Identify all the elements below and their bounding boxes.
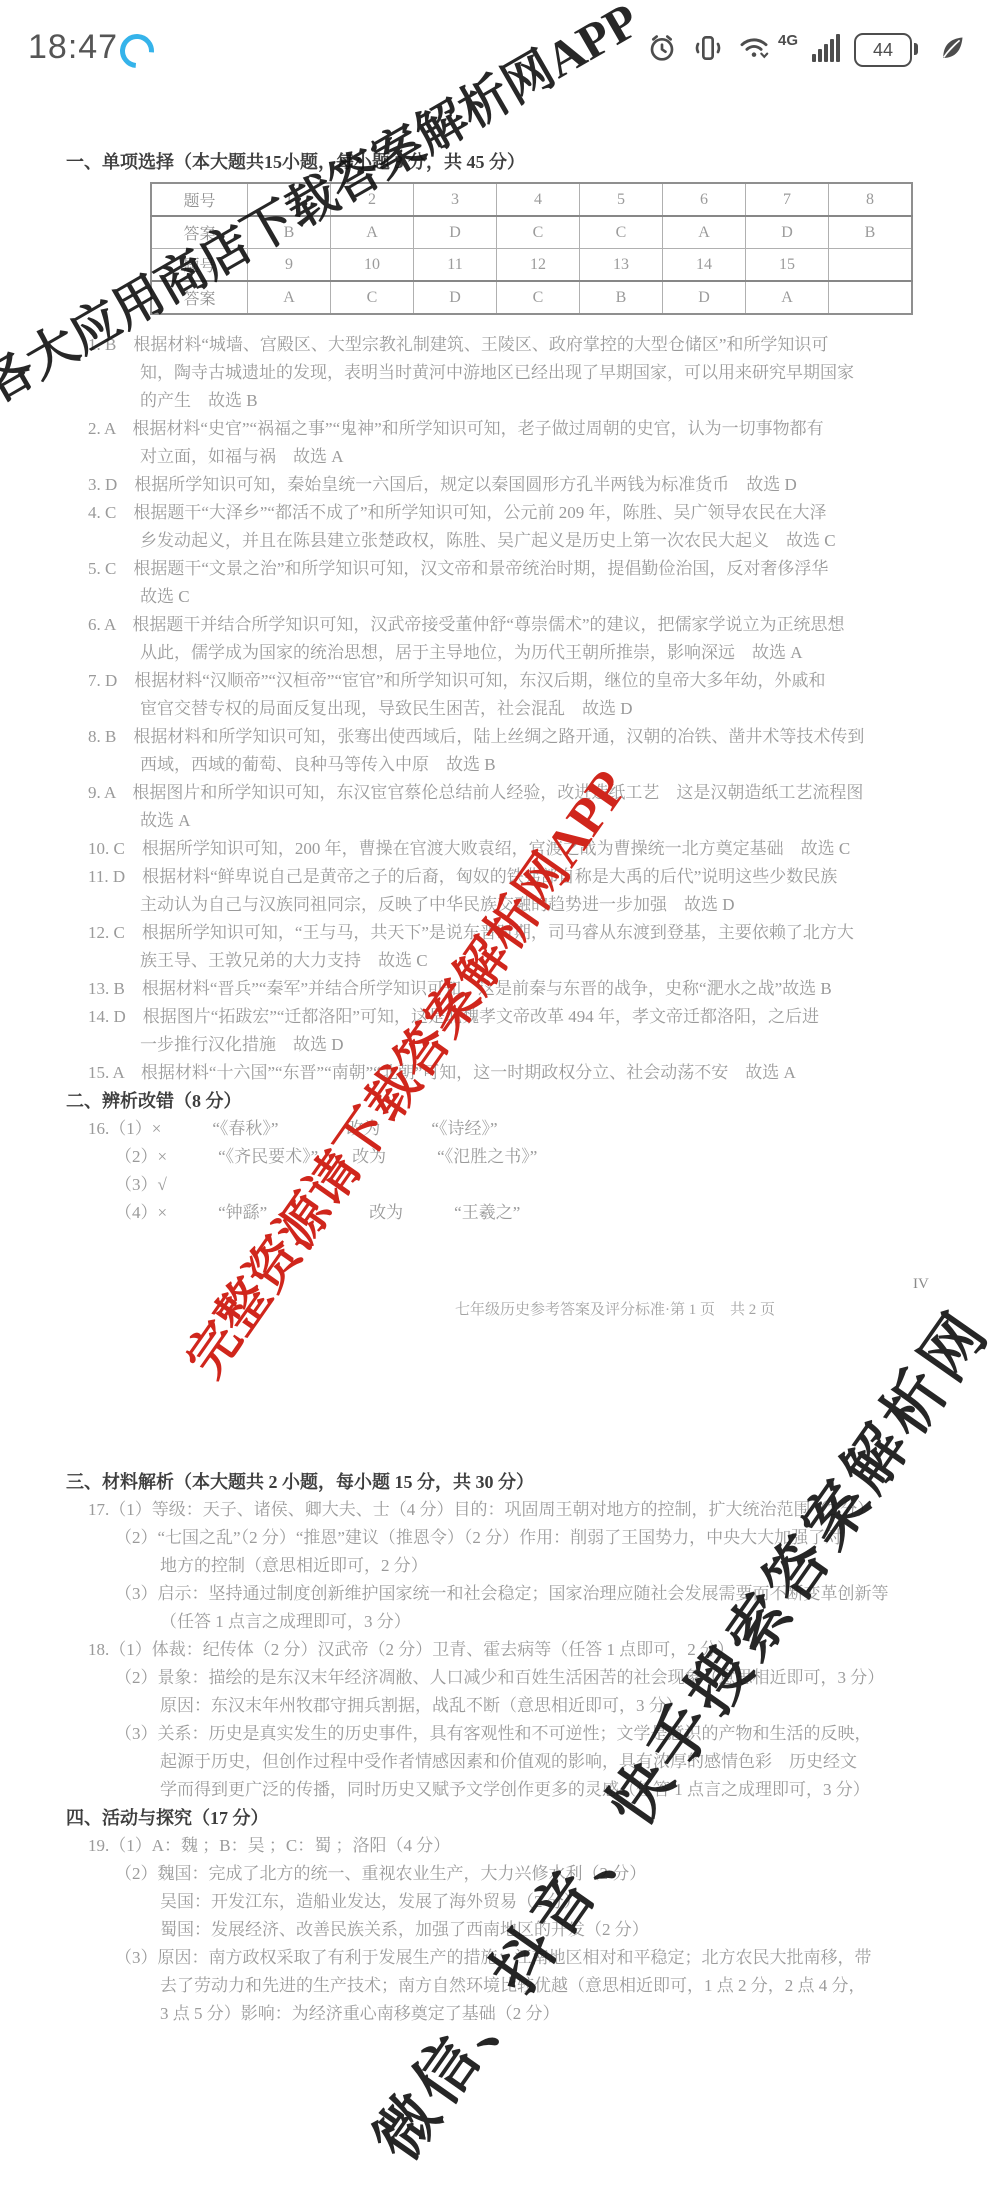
doc-line: 3 点 5 分）影响：为经济重心南移奠定了基础（2 分） — [0, 2000, 1000, 2028]
row-label-cell: 答案 — [151, 216, 248, 249]
answer-cell: C — [580, 216, 663, 249]
doc-line: 11. D 根据材料“鲜卑说自己是黄帝之子的后裔，匈奴的铁弗部自称是大禹的后代”… — [0, 863, 1000, 891]
question-number-cell: 11 — [414, 249, 497, 282]
explanations-list: 1. B 根据材料“城墙、宫殿区、大型宗教礼制建筑、王陵区、政府掌控的大型仓储区… — [0, 331, 1000, 1227]
doc-line: 2. A 根据材料“史官”“祸福之事”“鬼神”和所学知识可知，老子做过周朝的史官… — [0, 415, 1000, 443]
material-analysis-list: 三、材料解析（本大题共 2 小题，每小题 15 分，共 30 分）17.（1）等… — [0, 1468, 1000, 2028]
doc-line: 对立面，如福与祸 故选 A — [0, 443, 1000, 471]
doc-line: 地方的控制（意思相近即可，2 分） — [0, 1552, 1000, 1580]
doc-line: 主动认为自己与汉族同祖同宗，反映了中华民族交融的趋势进一步加强 故选 D — [0, 891, 1000, 919]
doc-line: 一步推行汉化措施 故选 D — [0, 1031, 1000, 1059]
question-number-cell: 10 — [331, 249, 414, 282]
doc-line: （任答 1 点言之成理即可，3 分） — [0, 1608, 1000, 1636]
answer-table: 题号12345678答案BADCCADB题号9101112131415答案ACD… — [150, 182, 913, 315]
doc-line: 宦官交替专权的局面反复出现，导致民生困苦，社会混乱 故选 D — [0, 695, 1000, 723]
doc-line: 从此，儒学成为国家的统治思想，居于主导地位，为历代王朝所推崇，影响深远 故选 A — [0, 639, 1000, 667]
answer-cell: B — [580, 281, 663, 314]
doc-line: 5. C 根据题干“文景之治”和所学知识可知，汉文帝和景帝统治时期，提倡勤俭治国… — [0, 555, 1000, 583]
answer-key-document: 一、单项选择（本大题共15小题，每小题 3 分，共 45 分） 题号123456… — [0, 0, 1000, 2210]
doc-line: 故选 C — [0, 583, 1000, 611]
doc-line: 4. C 根据题干“大泽乡”“都活不成了”和所学知识可知，公元前 209 年，陈… — [0, 499, 1000, 527]
answer-cell: D — [414, 216, 497, 249]
doc-line: 12. C 根据所学知识可知，“王与马，共天下”是说东晋时期，司马睿从东渡到登基… — [0, 919, 1000, 947]
doc-line: 乡发动起义，并且在陈县建立张楚政权，陈胜、吴广起义是历史上第一次农民大起义 故选… — [0, 527, 1000, 555]
doc-line: （4）× “钟繇” 改为 “王羲之” — [0, 1199, 1000, 1227]
question-number-cell: 15 — [746, 249, 829, 282]
question-number-cell: 7 — [746, 183, 829, 216]
answer-cell: C — [497, 216, 580, 249]
answer-cell: C — [497, 281, 580, 314]
row-label-cell: 题号 — [151, 183, 248, 216]
doc-line: 去了劳动力和先进的生产技术；南方自然环境比较优越（意思相近即可，1 点 2 分，… — [0, 1972, 1000, 2000]
answer-cell: A — [248, 281, 331, 314]
answer-cell: A — [663, 216, 746, 249]
doc-line: （3）√ — [0, 1171, 1000, 1199]
doc-line: 6. A 根据题干并结合所学知识可知，汉武帝接受董仲舒“尊崇儒术”的建议，把儒家… — [0, 611, 1000, 639]
question-number-cell: 3 — [414, 183, 497, 216]
question-number-cell: 8 — [829, 183, 913, 216]
answer-cell: D — [746, 216, 829, 249]
doc-line: （2）× “《齐民要术》” 改为 “《氾胜之书》” — [0, 1143, 1000, 1171]
question-number-cell: 13 — [580, 249, 663, 282]
page-footer: 七年级历史参考答案及评分标准·第 1 页 共 2 页 — [0, 1296, 1000, 1324]
question-number-cell: 4 — [497, 183, 580, 216]
doc-line: 9. A 根据图片和所学知识可知，东汉宦官蔡伦总结前人经验，改进造纸工艺 这是汉… — [0, 779, 1000, 807]
row-label-cell: 答案 — [151, 281, 248, 314]
doc-line: （2）景象：描绘的是东汉末年经济凋敝、人口减少和百姓生活困苦的社会现象（意思相近… — [0, 1664, 1000, 1692]
doc-line: 8. B 根据材料和所学知识可知，张骞出使西域后，陆上丝绸之路开通，汉朝的冶铁、… — [0, 723, 1000, 751]
answer-cell: C — [331, 281, 414, 314]
doc-line: 10. C 根据所学知识可知，200 年，曹操在官渡大败袁绍，官渡之战为曹操统一… — [0, 835, 1000, 863]
doc-line: 的产生 故选 B — [0, 387, 1000, 415]
answer-cell: D — [663, 281, 746, 314]
question-number-cell: 12 — [497, 249, 580, 282]
answer-cell — [829, 281, 913, 314]
doc-line: 蜀国：发展经济、改善民族关系，加强了西南地区的开发（2 分） — [0, 1916, 1000, 1944]
question-number-cell — [829, 249, 913, 282]
doc-line: 吴国：开发江东，造船业发达，发展了海外贸易（2 分） — [0, 1888, 1000, 1916]
doc-line: 19.（1）A：魏 ；B：吴 ；C：蜀 ；洛阳（4 分） — [0, 1832, 1000, 1860]
doc-line: 知，陶寺古城遗址的发现，表明当时黄河中游地区已经出现了早期国家，可以用来研究早期… — [0, 359, 1000, 387]
doc-line: 原因：东汉末年州牧郡守拥兵割据，战乱不断（意思相近即可，3 分） — [0, 1692, 1000, 1720]
doc-line: 起源于历史，但创作过程中受作者情感因素和价值观的影响，具有浓厚的感情色彩 历史经… — [0, 1748, 1000, 1776]
answer-cell: A — [331, 216, 414, 249]
question-number-cell: 14 — [663, 249, 746, 282]
phone-screen: 18:47 4G — [0, 0, 1000, 2210]
document-page-2: 三、材料解析（本大题共 2 小题，每小题 15 分，共 30 分）17.（1）等… — [0, 1468, 1000, 2028]
question-number-cell: 9 — [248, 249, 331, 282]
doc-line: 14. D 根据图片“拓跋宏”“迁都洛阳”可知，这是北魏孝文帝改革 494 年，… — [0, 1003, 1000, 1031]
doc-line: 15. A 根据材料“十六国”“东晋”“南朝”“北朝”可知，这一时期政权分立、社… — [0, 1059, 1000, 1087]
doc-line: 17.（1）等级：天子、诸侯、卿大夫、士（4 分）目的：巩固周王朝对地方的控制，… — [0, 1496, 1000, 1524]
doc-line: （2）魏国：完成了北方的统一、重视农业生产，大力兴修水利（2 分） — [0, 1860, 1000, 1888]
doc-line: 西域，西域的葡萄、良种马等传入中原 故选 B — [0, 751, 1000, 779]
section-header: 二、辨析改错（8 分） — [0, 1087, 1000, 1115]
doc-line: 7. D 根据材料“汉顺帝”“汉桓帝”“宦官”和所学知识可知，东汉后期，继位的皇… — [0, 667, 1000, 695]
doc-line: （3）启示：坚持通过制度创新维护国家统一和社会稳定；国家治理应随社会发展需要而不… — [0, 1580, 1000, 1608]
doc-line: 学而得到更广泛的传播，同时历史又赋予文学创作更多的灵感（任答 1 点言之成理即可… — [0, 1776, 1000, 1804]
doc-line: 族王导、王敦兄弟的大力支持 故选 C — [0, 947, 1000, 975]
doc-line: 3. D 根据所学知识可知，秦始皇统一六国后，规定以秦国圆形方孔半两钱为标准货币… — [0, 471, 1000, 499]
doc-line: （3）关系：历史是真实发生的历史事件，具有客观性和不可逆性；文学是意识的产物和生… — [0, 1720, 1000, 1748]
section-header: 四、活动与探究（17 分） — [0, 1804, 1000, 1832]
section1-title: 一、单项选择（本大题共15小题，每小题 3 分，共 45 分） — [0, 148, 1000, 176]
question-number-cell: 6 — [663, 183, 746, 216]
doc-line: 16.（1）× “《春秋》” 改为 “《诗经》” — [0, 1115, 1000, 1143]
answer-cell: D — [414, 281, 497, 314]
doc-line: 18.（1）体裁：纪传体（2 分）汉武帝（2 分）卫青、霍去病等（任答 1 点即… — [0, 1636, 1000, 1664]
doc-line: （2）“七国之乱”（2 分）“推恩”建议（推恩令）（2 分）作用：削弱了王国势力… — [0, 1524, 1000, 1552]
question-number-cell: 1 — [248, 183, 331, 216]
page-marker: IV — [913, 1276, 929, 1293]
document-page-1: 一、单项选择（本大题共15小题，每小题 3 分，共 45 分） 题号123456… — [0, 148, 1000, 1227]
question-number-cell: 2 — [331, 183, 414, 216]
answer-cell: B — [248, 216, 331, 249]
doc-line: 13. B 根据材料“晋兵”“秦军”并结合所学知识可知，这是前秦与东晋的战争，史… — [0, 975, 1000, 1003]
doc-line: 故选 A — [0, 807, 1000, 835]
section-header: 三、材料解析（本大题共 2 小题，每小题 15 分，共 30 分） — [0, 1468, 1000, 1496]
answer-cell: A — [746, 281, 829, 314]
answer-cell: B — [829, 216, 913, 249]
doc-line: （3）原因：南方政权采取了有利于发展生产的措施；江南地区相对和平稳定；北方农民大… — [0, 1944, 1000, 1972]
row-label-cell: 题号 — [151, 249, 248, 282]
doc-line: 1. B 根据材料“城墙、宫殿区、大型宗教礼制建筑、王陵区、政府掌控的大型仓储区… — [0, 331, 1000, 359]
question-number-cell: 5 — [580, 183, 663, 216]
